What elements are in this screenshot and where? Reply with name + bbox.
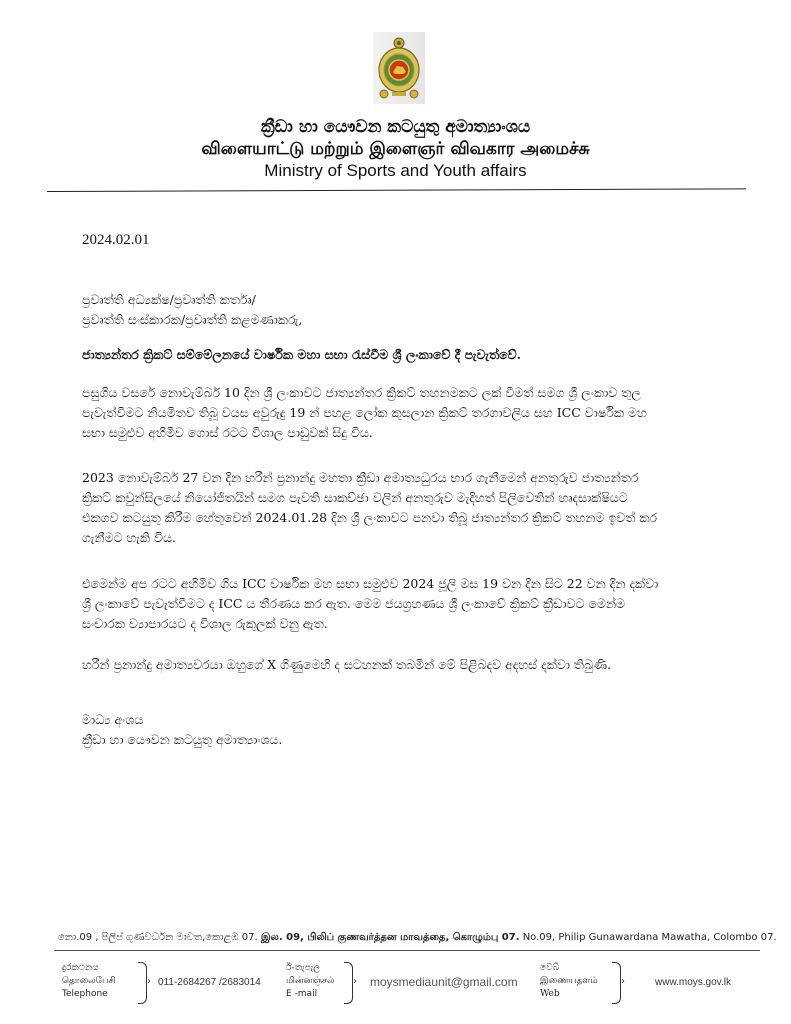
email-label-english: E -mail <box>286 988 334 1001</box>
signature-block: මාධ්‍ය අංශය ක්‍රීඩා හා යෞවන කටයුතු අමාත්… <box>82 710 722 750</box>
brace-tip-icon: › <box>353 976 357 987</box>
paragraph-1: පසුගිය වසරේ නොවැම්බර් 10 දින ශ්‍රී ලංකාව… <box>82 383 722 443</box>
paragraph-line: ක්‍රිකට් කවුන්සිලයේ නියෝජිතයින් සමග පැවත… <box>82 488 722 508</box>
brace-tip-icon: › <box>621 976 625 987</box>
ministry-name-sinhala: ක්‍රීඩා හා යෞවන කටයුතු අමාත්‍යාංශය <box>0 117 791 137</box>
email-labels: ඊ-තැපැල மின்னஞ்சல் E -mail <box>286 962 334 1001</box>
address-tamil: இல. 09, பிலிப் குணவர்த்தன மாவத்தை, கொழும… <box>261 932 520 943</box>
telephone-label-tamil: தொலைபேசி <box>62 975 116 988</box>
telephone-value: 011-2684267 /2683014 <box>158 977 261 988</box>
paragraph-line: සංචාරක ව්‍යාපාරයට ද විශාල රුකුලක් වනු ඇත… <box>82 614 722 634</box>
paragraph-line: ශ්‍රී ලංකාවේ පැවැත්වීමට ද ICC ය තීරණය කර… <box>82 594 722 614</box>
paragraph-3: එමෙන්ම අප රටට අහිමිව ගිය ICC වාර්ෂික මහ … <box>82 574 722 634</box>
signature-line: ක්‍රීඩා හා යෞවන කටයුතු අමාත්‍යාංශය. <box>82 730 722 750</box>
signature-line: මාධ්‍ය අංශය <box>82 710 722 730</box>
paragraph-line: එමෙන්ම අප රටට අහිමිව ගිය ICC වාර්ෂික මහ … <box>82 574 722 594</box>
ministry-name-tamil: விளையாட்டு மற்றும் இளைஞர் விவகார அமைச்சு <box>0 139 791 161</box>
email-value[interactable]: moysmediaunit@gmail.com <box>370 975 518 989</box>
brace-icon <box>344 962 353 1004</box>
ministry-name-english: Ministry of Sports and Youth affairs <box>0 161 791 181</box>
web-value[interactable]: www.moys.gov.lk <box>655 977 731 988</box>
paragraph-line: පැවැත්වීමට නියමිතව තිබූ වයස අවුරුදු 19 න… <box>82 403 722 423</box>
paragraph-line: සභා සමුළුව අහිමිව ගොස් රටට විශාල පාඩුවක්… <box>82 423 722 443</box>
paragraph-2: 2023 නොවැම්බර් 27 වන දින හරීන් ප්‍රනාන්ද… <box>82 468 722 548</box>
recipients: ප්‍රවෘත්ති අධ්‍යක්ෂ/ප්‍රවෘත්ති කර්තෘ/ ප්… <box>82 290 722 330</box>
brace-icon <box>612 962 621 1004</box>
header-divider <box>47 188 746 192</box>
web-label-tamil: இணையதளம் <box>540 975 598 988</box>
email-label-sinhala: ඊ-තැපැල <box>286 962 334 975</box>
paragraph-line: හරීන් ප්‍රනාන්දු අමාත්‍යවරයා ඔහුගේ X ගිණ… <box>82 655 722 675</box>
paragraph-line: 2023 නොවැම්බර් 27 වන දින හරීන් ප්‍රනාන්ද… <box>82 468 722 488</box>
brace-icon <box>138 962 147 1004</box>
address-sinhala: නො.09 , පිලිප් ගුණවර්ධන මාවත,කොළඹ 07. <box>58 932 258 943</box>
press-release-page: ක්‍රීඩා හා යෞවන කටයුතු අමාත්‍යාංශය விளைய… <box>0 0 791 1024</box>
recipient-line: ප්‍රවෘත්ති සංස්කාරක/ප්‍රවෘත්ති කළමණාකරු, <box>82 310 722 330</box>
telephone-label-english: Telephone <box>62 988 116 1001</box>
national-emblem <box>373 32 425 104</box>
address-english: No.09, Philip Gunawardana Mawatha, Colom… <box>523 932 777 943</box>
paragraph-line: එකගව කටයුතු කිරීම හේතුවෙන් 2024.01.28 දි… <box>82 508 722 528</box>
footer-address: නො.09 , පිලිප් ගුණවර්ධන මාවත,කොළඹ 07. இல… <box>58 932 758 944</box>
headline: ජාත්‍යන්තර ක්‍රිකට් සම්මේලනයේ වාර්ෂික මහ… <box>82 345 722 365</box>
brace-tip-icon: › <box>147 976 151 987</box>
paragraph-line: පසුගිය වසරේ නොවැම්බර් 10 දින ශ්‍රී ලංකාව… <box>82 383 722 403</box>
paragraph-line: ගැනීමට හැකි විය. <box>82 528 722 548</box>
emblem-icon <box>373 32 425 104</box>
web-label-english: Web <box>540 988 598 1001</box>
paragraph-4: හරීන් ප්‍රනාන්දු අමාත්‍යවරයා ඔහුගේ X ගිණ… <box>82 655 722 675</box>
web-labels: වෙබ් இணையதளம் Web <box>540 962 598 1001</box>
telephone-labels: දුරකථනය தொலைபேசி Telephone <box>62 962 116 1001</box>
footer-divider <box>54 950 760 951</box>
recipient-line: ප්‍රවෘත්ති අධ්‍යක්ෂ/ප්‍රවෘත්ති කර්තෘ/ <box>82 290 722 310</box>
email-label-tamil: மின்னஞ்சல் <box>286 975 334 988</box>
web-label-sinhala: වෙබ් <box>540 962 598 975</box>
letter-date: 2024.02.01 <box>82 230 722 250</box>
telephone-label-sinhala: දුරකථනය <box>62 962 116 975</box>
